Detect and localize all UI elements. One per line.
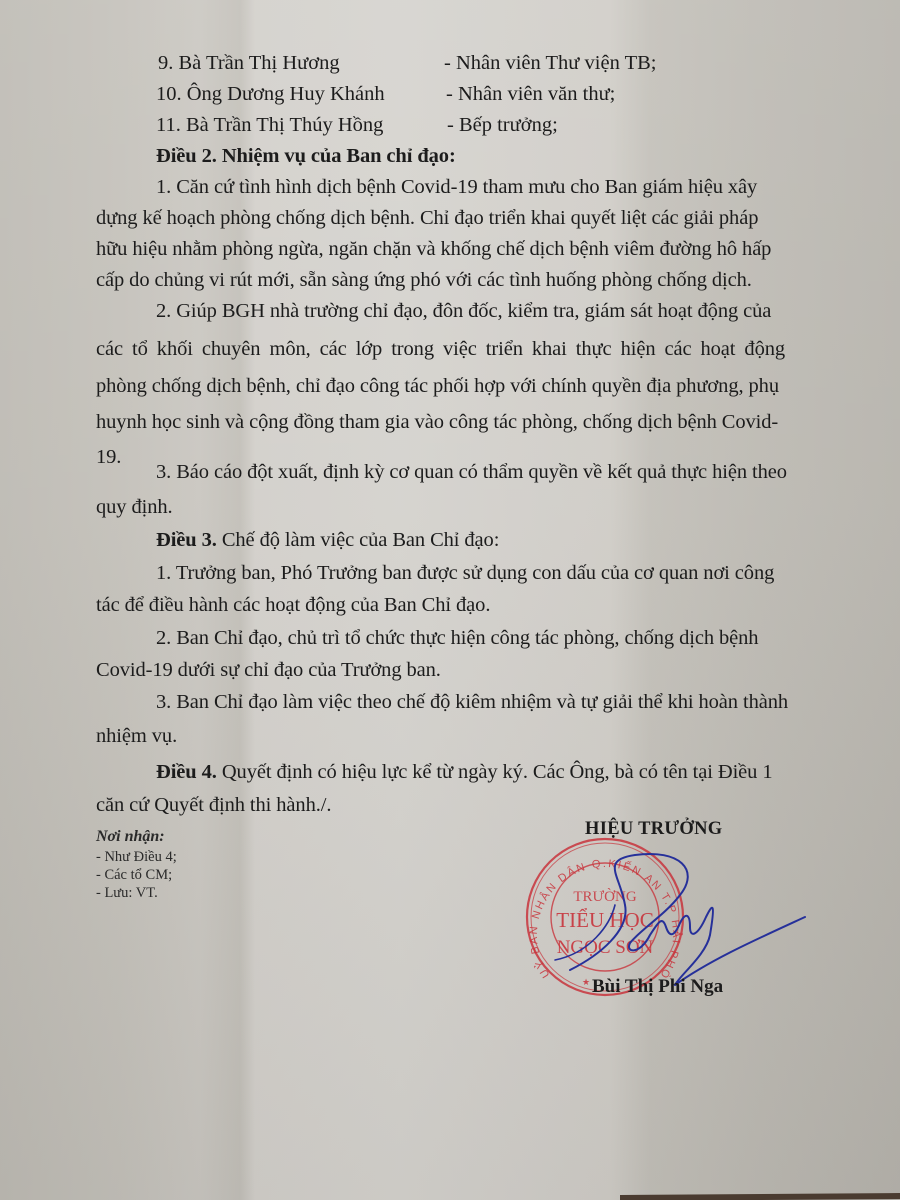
- article-2-heading: Điều 2. Nhiệm vụ của Ban chỉ đạo:: [156, 146, 456, 167]
- article-3-heading: Điều 3. Chế độ làm việc của Ban Chỉ đạo:: [156, 530, 499, 551]
- article-2-item-3-line: quy định.: [96, 497, 173, 518]
- article-3-item-1-line: 1. Trưởng ban, Phó Trưởng ban được sử dụ…: [156, 563, 774, 584]
- article-2-item-1-line: dựng kế hoạch phòng chống dịch bệnh. Chỉ…: [96, 208, 758, 229]
- article-2-item-2-line: huynh học sinh và cộng đồng tham gia vào…: [96, 412, 778, 433]
- recipient-item: - Lưu: VT.: [96, 884, 177, 902]
- roster-name: 11. Bà Trần Thị Thúy Hồng: [156, 115, 383, 136]
- article-3-label: Điều 3.: [156, 529, 217, 551]
- roster-name: 10. Ông Dương Huy Khánh: [156, 84, 385, 105]
- article-2-item-1-line: hữu hiệu nhằm phòng ngừa, ngăn chặn và k…: [96, 239, 771, 260]
- desk-edge: [620, 1193, 900, 1200]
- article-4-label: Điều 4.: [156, 761, 217, 783]
- article-2-item-2-line: 19.: [96, 447, 121, 468]
- article-3-item-2-line: 2. Ban Chỉ đạo, chủ trì tổ chức thực hiệ…: [156, 628, 758, 649]
- article-3-item-1-line: tác để điều hành các hoạt động của Ban C…: [96, 595, 490, 616]
- article-3-item-3-line: nhiệm vụ.: [96, 726, 177, 747]
- article-3-item-2-line: Covid-19 dưới sự chỉ đạo của Trưởng ban.: [96, 660, 441, 681]
- recipients-block: Nơi nhận: - Như Điều 4; - Các tổ CM; - L…: [96, 828, 177, 902]
- roster-role: - Bếp trưởng;: [447, 115, 558, 136]
- document-page: 9. Bà Trần Thị Hương - Nhân viên Thư việ…: [0, 0, 900, 1200]
- signer-name: Bùi Thị Phi Nga: [592, 976, 723, 998]
- article-2-item-1-line: cấp do chủng vi rút mới, sẵn sàng ứng ph…: [96, 270, 752, 291]
- handwritten-signature: [540, 835, 810, 995]
- recipient-item: - Như Điều 4;: [96, 848, 177, 866]
- article-2-item-1-line: 1. Căn cứ tình hình dịch bệnh Covid-19 t…: [156, 177, 856, 198]
- article-2-item-3-line: 3. Báo cáo đột xuất, định kỳ cơ quan có …: [156, 462, 787, 483]
- article-2-item-2-line: 2. Giúp BGH nhà trường chỉ đạo, đôn đốc,…: [156, 301, 771, 322]
- article-2-item-2-line: các tổ khối chuyên môn, các lớp trong vi…: [96, 339, 785, 360]
- roster-role: - Nhân viên Thư viện TB;: [444, 53, 656, 74]
- roster-name: 9. Bà Trần Thị Hương: [158, 53, 340, 74]
- article-4-line: căn cứ Quyết định thi hành./.: [96, 795, 331, 816]
- article-2-item-2-line: phòng chống dịch bệnh, chỉ đạo công tác …: [96, 376, 779, 397]
- roster-role: - Nhân viên văn thư;: [446, 84, 615, 105]
- article-3-item-3-line: 3. Ban Chỉ đạo làm việc theo chế độ kiêm…: [156, 692, 788, 713]
- article-3-title: Chế độ làm việc của Ban Chỉ đạo:: [217, 529, 500, 551]
- article-4-text: Quyết định có hiệu lực kể từ ngày ký. Cá…: [217, 761, 773, 783]
- article-4-line: Điều 4. Quyết định có hiệu lực kể từ ngà…: [156, 762, 773, 783]
- recipients-title: Nơi nhận:: [96, 828, 177, 846]
- recipient-item: - Các tổ CM;: [96, 866, 177, 884]
